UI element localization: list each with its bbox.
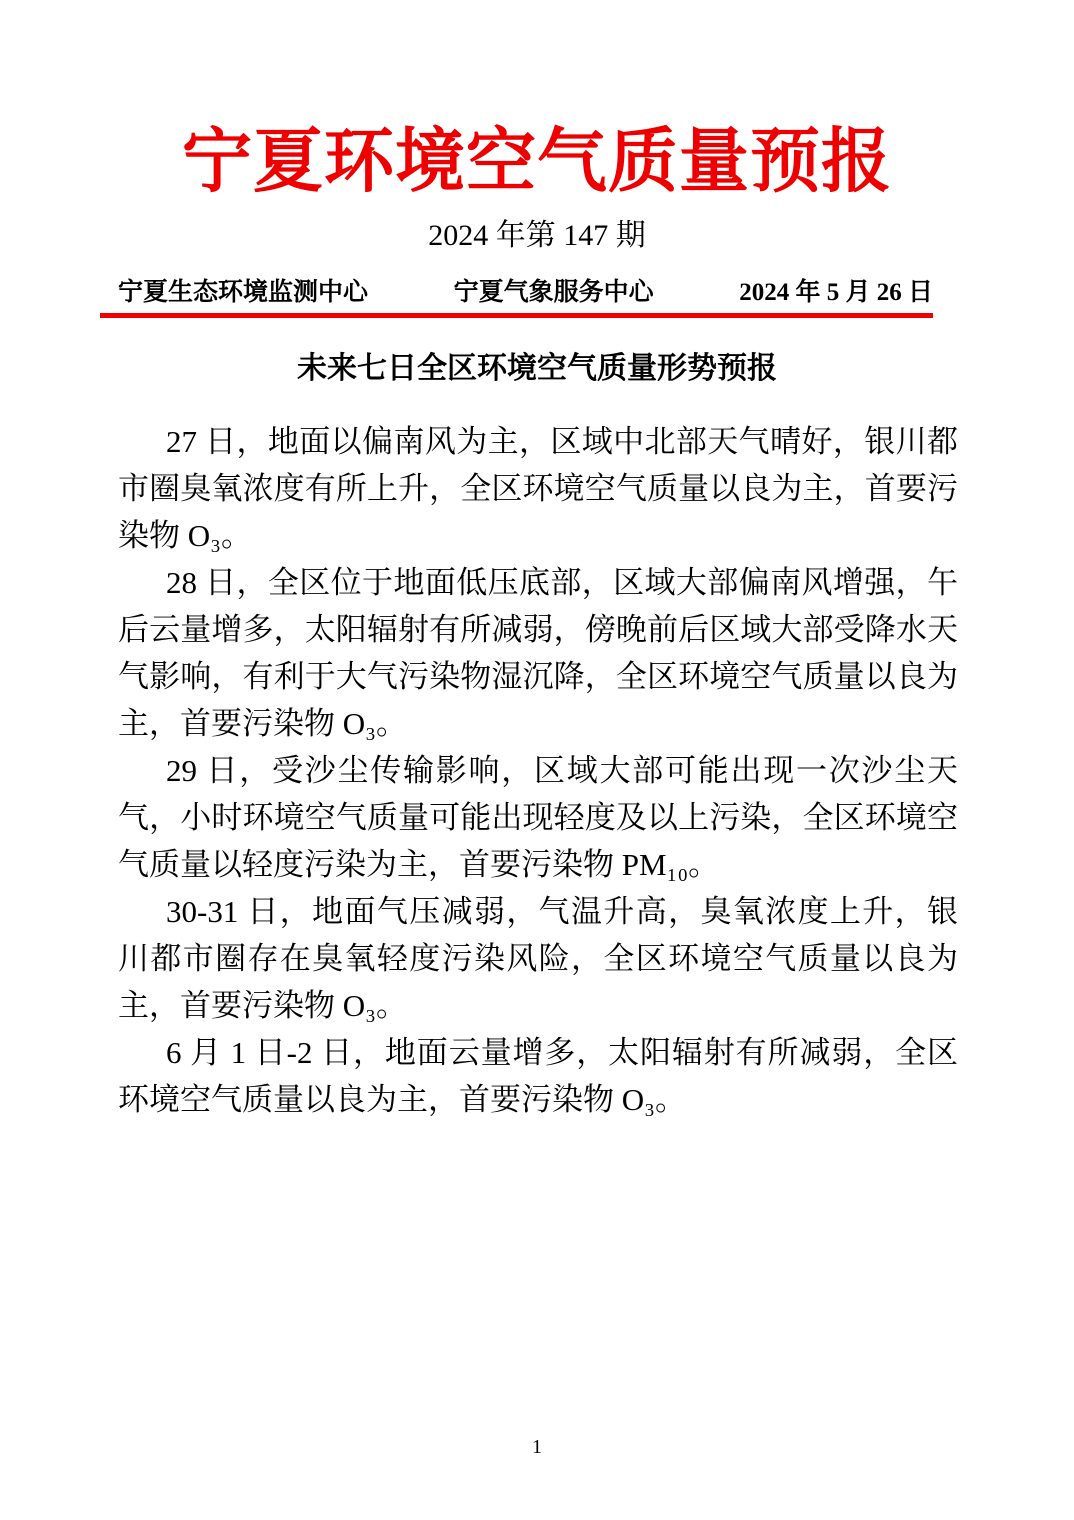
forecast-paragraph-day30-31: 30-31 日，地面气压减弱，气温升高，臭氧浓度上升，银川都市圈存在臭氧轻度污染… [118,888,958,1029]
org-monitoring-center: 宁夏生态环境监测中心 [118,278,368,308]
header-rule [100,313,933,318]
org-meteorological-center: 宁夏气象服务中心 [454,278,654,308]
forecast-paragraph-jun1-2: 6 月 1 日-2 日，地面云量增多，太阳辐射有所减弱，全区环境空气质量以良为主… [118,1029,958,1123]
masthead-orgs-row: 宁夏生态环境监测中心 宁夏气象服务中心 2024 年 5 月 26 日 [100,278,933,308]
forecast-paragraph-day28: 28 日，全区位于地面低压底部，区域大部偏南风增强，午后云量增多，太阳辐射有所减… [118,559,958,747]
forecast-paragraph-day27: 27 日，地面以偏南风为主，区域中北部天气晴好，银川都市圈臭氧浓度有所上升，全区… [118,418,958,559]
document-title: 宁夏环境空气质量预报 [0,0,1074,206]
forecast-paragraph-day29: 29 日，受沙尘传输影响，区域大部可能出现一次沙尘天气，小时环境空气质量可能出现… [118,747,958,888]
masthead: 宁夏生态环境监测中心 宁夏气象服务中心 2024 年 5 月 26 日 [100,278,933,318]
issue-date: 2024 年 5 月 26 日 [739,278,933,308]
section-title: 未来七日全区环境空气质量形势预报 [0,350,1074,388]
document-page: 宁夏环境空气质量预报 2024 年第 147 期 宁夏生态环境监测中心 宁夏气象… [0,0,1074,1123]
issue-number: 2024 年第 147 期 [0,218,1074,254]
page-number: 1 [0,1434,1074,1460]
forecast-body: 27 日，地面以偏南风为主，区域中北部天气晴好，银川都市圈臭氧浓度有所上升，全区… [118,418,958,1123]
